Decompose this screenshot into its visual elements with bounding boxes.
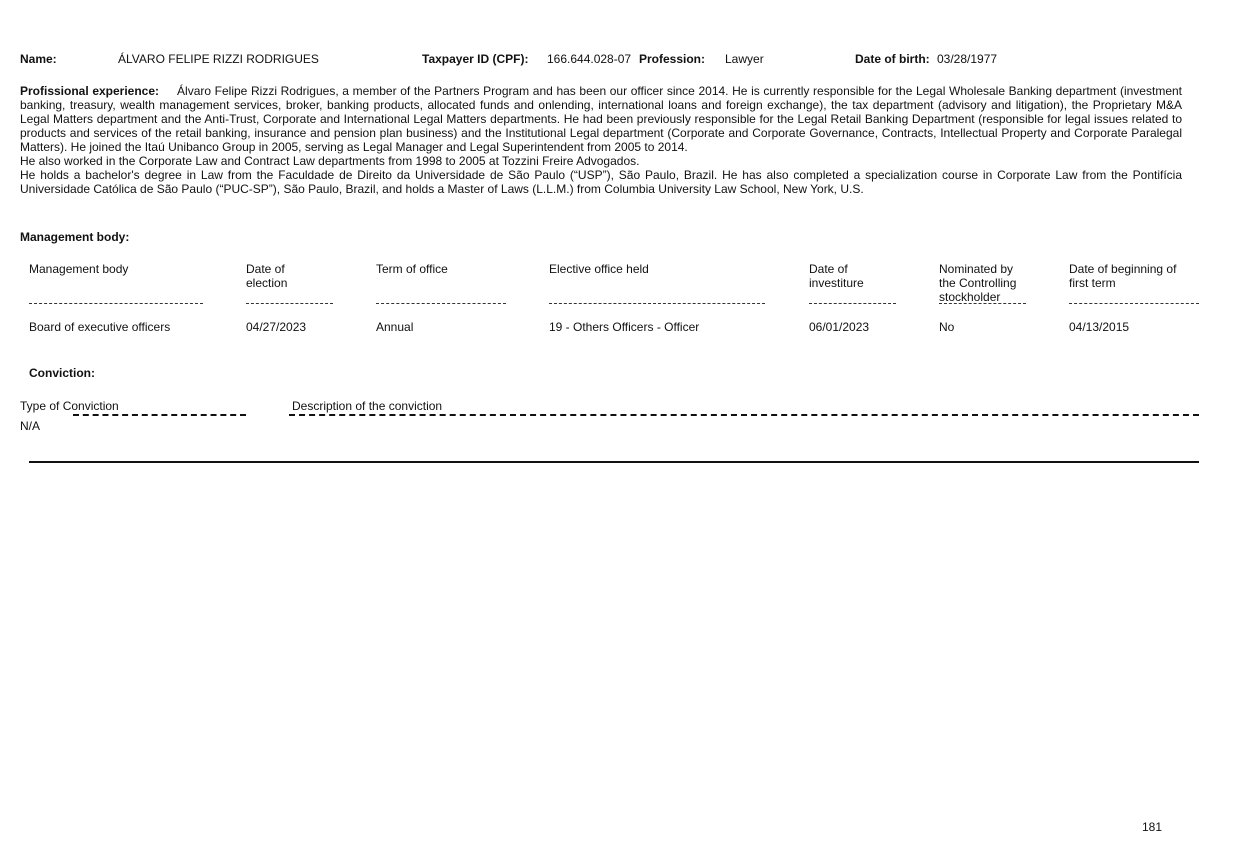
experience-paragraph: He also worked in the Corporate Law and … <box>20 154 1182 168</box>
column-header: Management body <box>29 262 209 276</box>
cell-nominated: No <box>939 320 954 334</box>
header-underline <box>809 303 896 304</box>
cell-first-term: 04/13/2015 <box>1069 320 1129 334</box>
column-header: Nominated by the Controlling stockholder <box>939 262 1029 304</box>
header-underline <box>29 303 203 304</box>
taxpayer-label: Taxpayer ID (CPF): <box>422 52 528 66</box>
conviction-type-header: Type of Conviction <box>20 399 119 413</box>
column-header: Elective office held <box>549 262 749 276</box>
page-number: 181 <box>1142 820 1162 834</box>
conviction-description-underline <box>289 414 1199 416</box>
profession-label: Profession: <box>639 52 705 66</box>
cell-term-of-office: Annual <box>376 320 413 334</box>
experience-paragraph: He holds a bachelor's degree in Law from… <box>20 168 1182 196</box>
header-underline <box>549 303 765 304</box>
management-section-title: Management body: <box>20 230 129 244</box>
header-underline <box>939 303 1026 304</box>
cell-management-body: Board of executive officers <box>29 320 170 334</box>
header-underline <box>376 303 506 304</box>
experience-label: Profissional experience: <box>20 84 159 98</box>
conviction-type-underline <box>73 414 246 416</box>
cell-elective-office: 19 - Others Officers - Officer <box>549 320 699 334</box>
taxpayer-value: 166.644.028-07 <box>547 52 631 66</box>
header-underline <box>246 303 333 304</box>
column-header: Date of election <box>246 262 316 290</box>
cell-date-of-investiture: 06/01/2023 <box>809 320 869 334</box>
name-value: ÁLVARO FELIPE RIZZI RODRIGUES <box>118 52 319 66</box>
dob-value: 03/28/1977 <box>937 52 997 66</box>
section-divider <box>29 461 1199 463</box>
professional-experience: Profissional experience:Álvaro Felipe Ri… <box>20 84 1182 196</box>
conviction-description-header: Description of the conviction <box>292 399 442 413</box>
column-header: Date of beginning of first term <box>1069 262 1179 290</box>
column-header: Term of office <box>376 262 506 276</box>
dob-label: Date of birth: <box>855 52 930 66</box>
experience-paragraph: Profissional experience:Álvaro Felipe Ri… <box>20 84 1182 154</box>
profession-value: Lawyer <box>725 52 764 66</box>
name-label: Name: <box>20 52 57 66</box>
conviction-section-title: Conviction: <box>29 366 95 380</box>
cell-date-of-election: 04/27/2023 <box>246 320 306 334</box>
header-underline <box>1069 303 1199 304</box>
column-header: Date of investiture <box>809 262 879 290</box>
conviction-type-value: N/A <box>20 419 40 433</box>
